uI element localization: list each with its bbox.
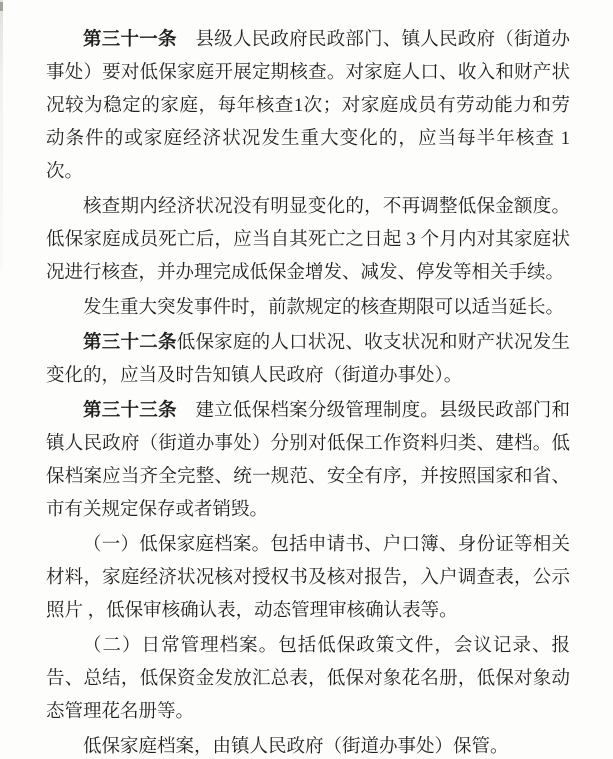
paragraph-emergency-extension-text: 发生重大突发事件时，前款规定的核查期限可以适当延长。: [83, 298, 564, 318]
scan-speck-artifact: [0, 2, 3, 11]
paragraph-review-period-text: 核查期内经济状况没有明显变化的，不再调整低保金额度。低保家庭成员死亡后，应当自其…: [46, 197, 570, 283]
paragraph-emergency-extension: 发生重大突发事件时，前款规定的核查期限可以适当延长。: [46, 290, 570, 325]
article-32-number: 第三十二条: [83, 331, 177, 352]
paragraph-item-1-family-archive: （一）低保家庭档案。包括申请书、户口簿、身份证等相关材料，家庭经济状况核对授权书…: [46, 527, 570, 628]
paragraph-item-1-text: （一）低保家庭档案。包括申请书、户口簿、身份证等相关材料，家庭经济状况核对授权书…: [46, 535, 570, 621]
paragraph-review-period: 核查期内经济状况没有明显变化的，不再调整低保金额度。低保家庭成员死亡后，应当自其…: [46, 189, 570, 290]
paragraph-archive-custody: 低保家庭档案，由镇人民政府（街道办事处）保管。: [46, 729, 570, 759]
paragraph-archive-custody-text: 低保家庭档案，由镇人民政府（街道办事处）保管。: [83, 737, 509, 757]
scan-edge-artifact: [0, 0, 3, 270]
article-31-number: 第三十一条: [83, 28, 177, 49]
scanned-document-page: 第三十一条 县级人民政府民政部门、镇人民政府（街道办事处）要对低保家庭开展定期核…: [0, 0, 613, 759]
paragraph-article-31: 第三十一条 县级人民政府民政部门、镇人民政府（街道办事处）要对低保家庭开展定期核…: [46, 22, 570, 189]
paragraph-item-2-daily-archive: （二）日常管理档案。包括低保政策文件，会议记录、报告、总结，低保资金发放汇总表，…: [46, 628, 570, 729]
paragraph-item-2-text: （二）日常管理档案。包括低保政策文件，会议记录、报告、总结，低保资金发放汇总表，…: [46, 636, 570, 722]
article-33-number: 第三十三条: [83, 399, 177, 420]
paragraph-article-32: 第三十二条低保家庭的人口状况、收支状况和财产状况发生变化的，应当及时告知镇人民政…: [46, 325, 570, 393]
paragraph-article-33: 第三十三条 建立低保档案分级管理制度。县级民政部门和镇人民政府（街道办事处）分别…: [46, 393, 570, 527]
article-31-text: 县级人民政府民政部门、镇人民政府（街道办事处）要对低保家庭开展定期核查。对家庭人…: [46, 30, 570, 182]
document-text-block: 第三十一条 县级人民政府民政部门、镇人民政府（街道办事处）要对低保家庭开展定期核…: [46, 22, 570, 759]
